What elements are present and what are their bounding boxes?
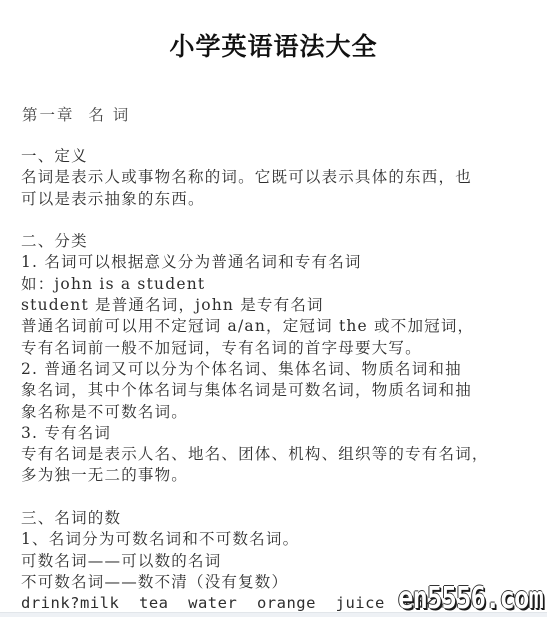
watermark: en5556.com — [398, 584, 543, 614]
paragraph-line: 可以是表示抽象的东西。 — [21, 189, 541, 210]
document-body: 一、定义 名词是表示人或事物名称的词。它既可以表示具体的东西，也 可以是表示抽象… — [21, 146, 541, 615]
document-page: 小学英语语法大全 第一章 名 词 一、定义 名词是表示人或事物名称的词。它既可以… — [0, 0, 547, 612]
paragraph-line: student 是普通名词，john 是专有名词 — [21, 295, 541, 316]
paragraph-line: 如：john is a student — [21, 274, 541, 295]
paragraph-line: 象名称是不可数名词。 — [21, 402, 541, 423]
section-heading-classification: 二、分类 — [21, 231, 541, 252]
paragraph-line: 象名词，其中个体名词与集体名词是可数名词，物质名词和抽 — [21, 380, 541, 401]
paragraph-line: 专有名词是表示人名、地名、团体、机构、组织等的专有名词， — [21, 444, 541, 465]
section-heading-noun-number: 三、名词的数 — [21, 508, 541, 529]
paragraph-line: 2. 普通名词又可以分为个体名词、集体名词、物质名词和抽 — [21, 359, 541, 380]
blank-line — [21, 487, 541, 508]
blank-line — [21, 210, 541, 231]
paragraph-line: 3. 专有名词 — [21, 423, 541, 444]
paragraph-line: 1. 名词可以根据意义分为普通名词和专有名词 — [21, 252, 541, 273]
paragraph-line: 多为独一无二的事物。 — [21, 465, 541, 486]
paragraph-line: 普通名词前可以用不定冠词 a/an，定冠词 the 或不加冠词， — [21, 316, 541, 337]
section-heading-definition: 一、定义 — [21, 146, 541, 167]
paragraph-line: 可数名词——可以数的名词 — [21, 551, 541, 572]
paragraph-line: 名词是表示人或事物名称的词。它既可以表示具体的东西，也 — [21, 167, 541, 188]
chapter-heading: 第一章 名 词 — [22, 104, 130, 126]
paragraph-line: 专有名词前一般不加冠词，专有名词的首字母要大写。 — [21, 338, 541, 359]
document-title: 小学英语语法大全 — [0, 30, 547, 64]
paragraph-line: 1、名词分为可数名词和不可数名词。 — [21, 529, 541, 550]
